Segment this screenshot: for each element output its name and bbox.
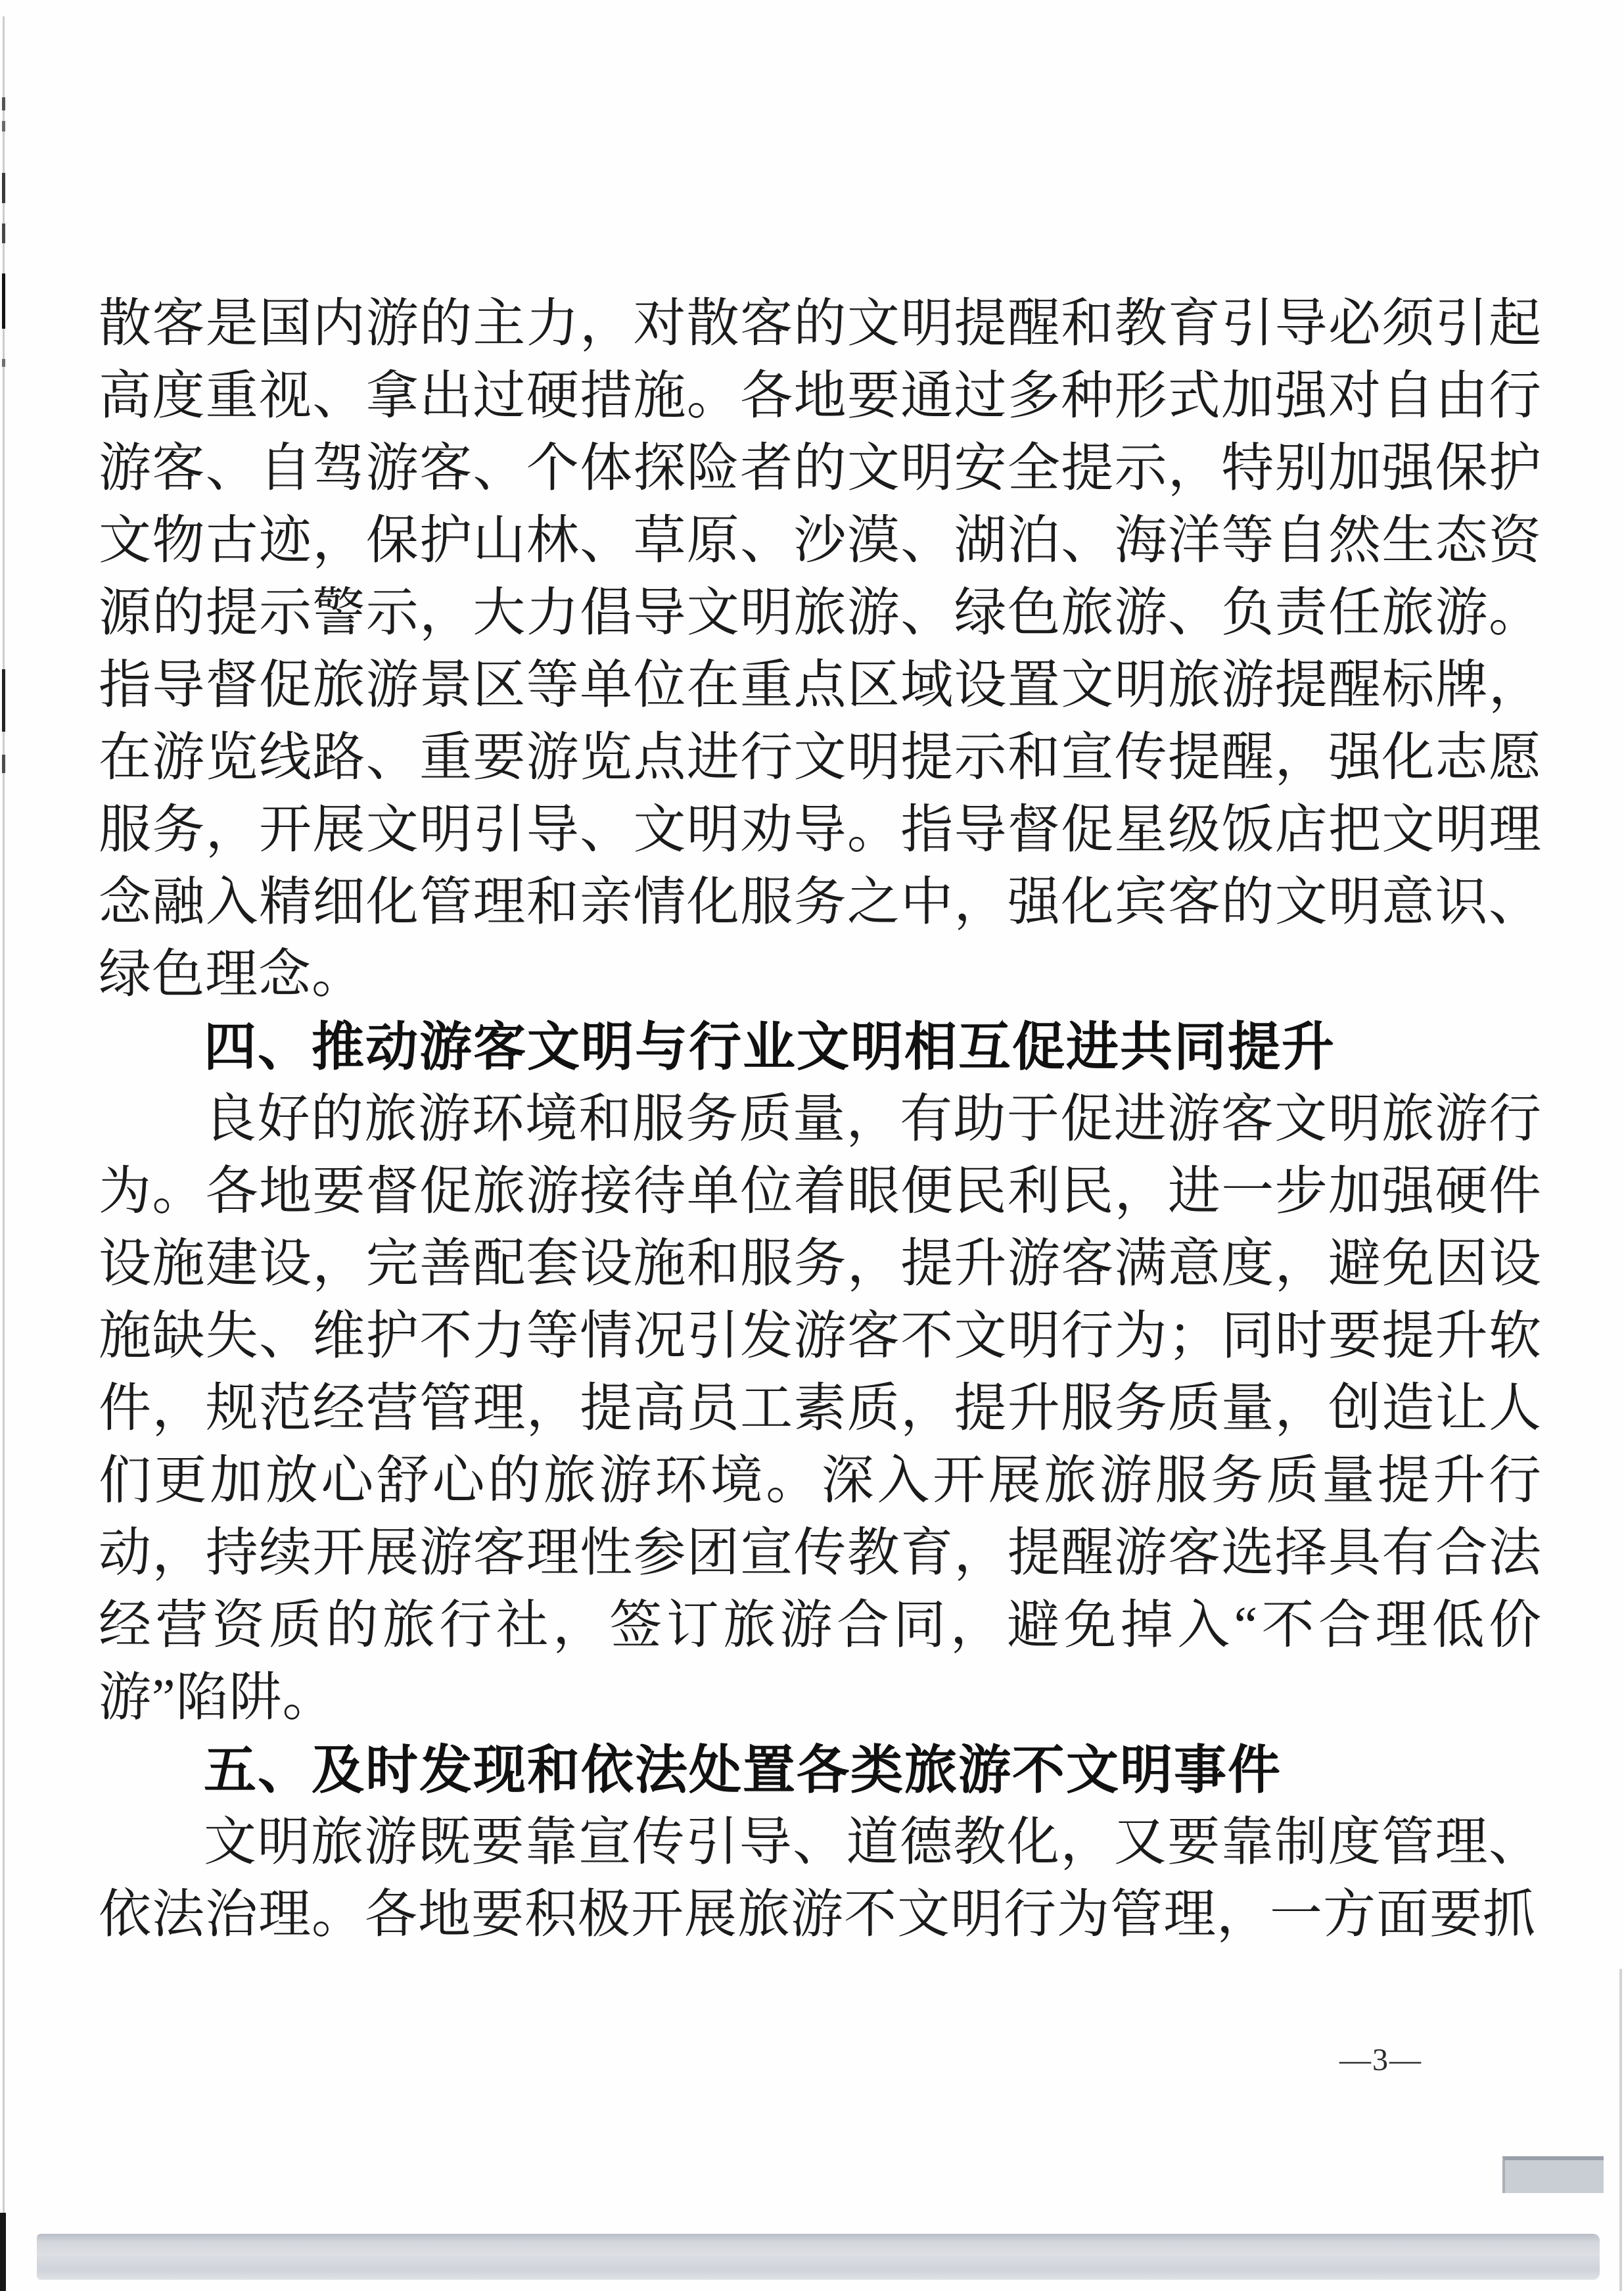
body-paragraph-section-five: 文明旅游既要靠宣传引导、道德教化，又要靠制度管理、依法治理。各地要积极开展旅游不… — [99, 1807, 1542, 1951]
body-paragraph-continuation: 散客是国内游的主力，对散客的文明提醒和教育引导必须引起高度重视、拿出过硬措施。各… — [99, 288, 1542, 1011]
body-paragraph-section-four: 良好的旅游环境和服务质量，有助于促进游客文明旅游行为。各地要督促旅游接待单位着眼… — [99, 1083, 1542, 1734]
scan-artifact-bottom-band — [37, 2234, 1600, 2280]
section-heading-four: 四、推动游客文明与行业文明相互促进共同提升 — [99, 1011, 1542, 1083]
page-number: —3— — [1339, 2041, 1422, 2080]
scan-edge-line-right — [1619, 1969, 1622, 2291]
scan-artifact-segment — [2, 273, 5, 329]
scan-artifact-corner-mark — [0, 2213, 6, 2291]
scan-artifact-segment — [2, 173, 5, 203]
scan-artifact-segment — [2, 121, 5, 131]
scan-artifact-segment — [2, 224, 5, 243]
scan-artifact-segment — [2, 359, 5, 367]
scan-artifact-segment — [2, 97, 5, 110]
scan-artifact-band-end — [1502, 2156, 1604, 2193]
scan-edge-line-left — [3, 16, 5, 2278]
scan-artifact-segment — [2, 755, 5, 773]
scan-artifact-segment — [2, 669, 5, 732]
scanned-document-page: 散客是国内游的主力，对散客的文明提醒和教育引导必须引起高度重视、拿出过硬措施。各… — [0, 0, 1624, 2291]
section-heading-five: 五、及时发现和依法处置各类旅游不文明事件 — [99, 1734, 1542, 1807]
document-body: 散客是国内游的主力，对散客的文明提醒和教育引导必须引起高度重视、拿出过硬措施。各… — [99, 288, 1542, 1951]
